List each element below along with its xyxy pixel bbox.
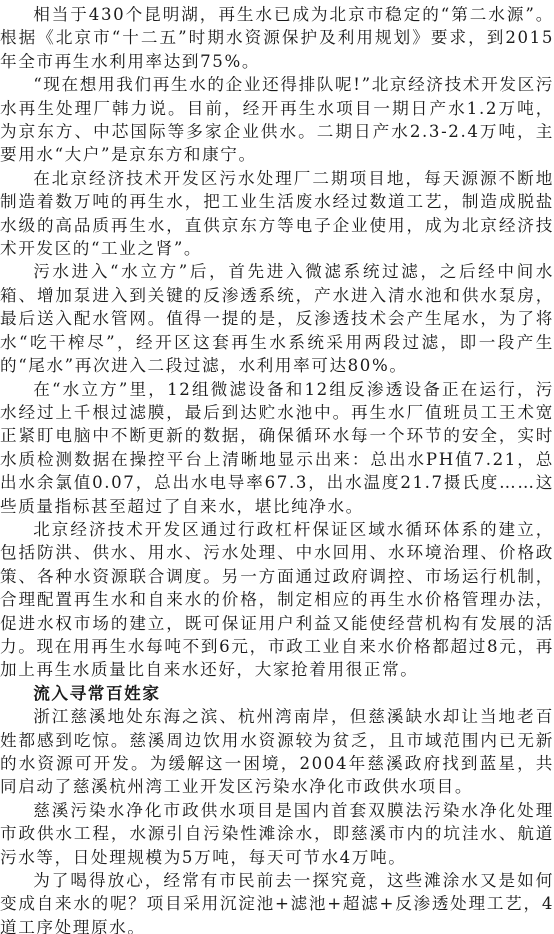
paragraph-policy-pricing: 北京经济技术开发区通过行政杠杆保证区域水循环体系的建立，包括防洪、供水、用水、污… [0,518,554,682]
paragraph-phase-two-plant: 在北京经济技术开发区污水处理厂二期项目地，每天源源不断地制造着数万吨的再生水，把… [0,167,554,261]
paragraph-han-li-quote: “现在想用我们再生水的企业还得排队呢!”北京经济技术开发区污水再生处理厂韩力说。… [0,73,554,167]
paragraph-cixi-project: 慈溪污染水净化市政供水项目是国内首套双膜法污染水净化处理市政供水工程，水源引自污… [0,799,554,869]
paragraph-treatment-process: 污水进入“水立方”后，首先进入微滤系统过滤，之后经中间水箱、增加泵进入到关键的反… [0,260,554,377]
document-page: 相当于430个昆明湖，再生水已成为北京市稳定的“第二水源”。根据《北京市“十二五… [0,0,554,934]
paragraph-water-cube-monitoring: 在“水立方”里，12组微滤设备和12组反渗透设备正在运行，污水经过上千根过滤膜，… [0,378,554,518]
paragraph-cixi-background: 浙江慈溪地处东海之滨、杭州湾南岸，但慈溪缺水却让当地老百姓都感到吃惊。慈溪周边饮… [0,705,554,799]
paragraph-cixi-process: 为了喝得放心，经常有市民前去一探究竟，这些滩涂水又是如何变成自来水的呢？项目采用… [0,869,554,934]
section-heading: 流入寻常百姓家 [0,682,554,705]
paragraph-recycled-water-intro: 相当于430个昆明湖，再生水已成为北京市稳定的“第二水源”。根据《北京市“十二五… [0,3,554,73]
